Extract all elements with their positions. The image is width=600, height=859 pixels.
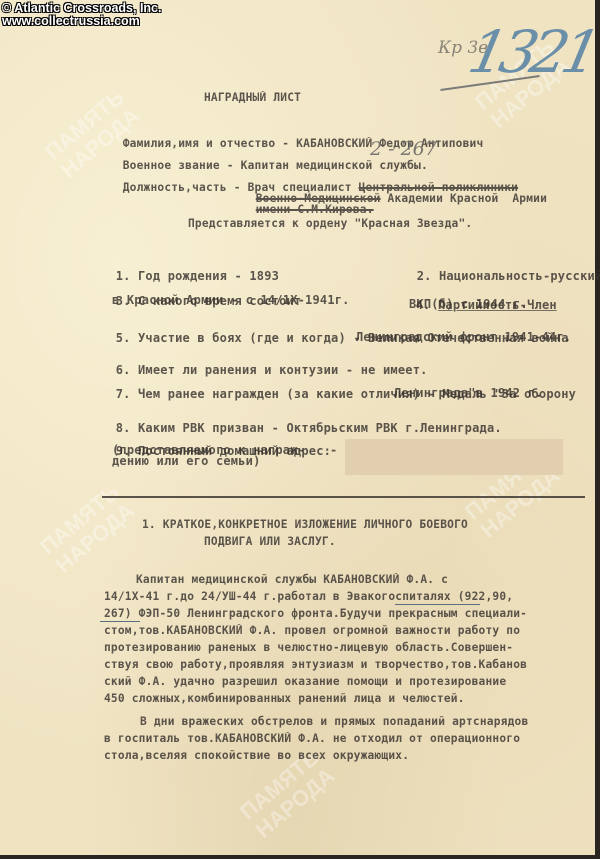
copyright-notice: © Atlantic Crossroads, Inc. www.collectr… — [2, 2, 161, 28]
date-annotation: 2 - 267 — [370, 138, 437, 160]
narrative-line: В дни вражеских обстрелов и прямых попад… — [140, 716, 528, 728]
document-title: НАГРАДНЫЙ ЛИСТ — [204, 92, 301, 104]
redacted-address — [345, 439, 563, 475]
item-5-cont: Ленинградский фронт 1941-44г. — [356, 331, 571, 343]
narrative-line: 450 сложных,комбинированных ранений лица… — [104, 693, 465, 705]
section-heading: 1. КРАТКОЕ,КОНКРЕТНОЕ ИЗЛОЖЕНИЕ ЛИЧНОГО … — [142, 519, 468, 531]
item-7-cont: Ленинграда"в 1942 г. — [394, 387, 543, 399]
position-struck-text: имени С.М.Кирова. — [256, 203, 374, 216]
narrative-line: 14/1Х-41 г.до 24/УШ-44 г.работал в Эвако… — [104, 591, 513, 603]
narrative-line: ствуя свою работу,проявляя энтузиазм и т… — [104, 659, 527, 671]
award-statement: Представляется к ордену "Красная Звезда"… — [188, 218, 472, 230]
item-number: 1. — [116, 269, 131, 283]
section-divider — [102, 496, 585, 498]
item-text: Имеет ли ранения и контузии - не имеет. — [138, 363, 428, 377]
item-9-dash: - — [330, 444, 337, 456]
section-heading-cont: ПОДВИГА ИЛИ ЗАСЛУГ. — [204, 536, 336, 548]
position-value-cont: Академии Красной Армии — [381, 192, 547, 205]
hospital-underline — [395, 604, 480, 605]
narrative-line: Капитан медицинской службы КАБАНОВСКИЙ Ф… — [136, 574, 448, 586]
narrative-line: 267) ФЭП-50 Ленинградского фронта.Будучи… — [104, 608, 527, 620]
item-number: 2. — [417, 269, 432, 283]
item-text: Национальность-русский. — [439, 269, 600, 283]
narrative-line: в госпиталь тов.КАБАНОВСКИЙ Ф.А. не отхо… — [104, 733, 520, 745]
item-4-cont: ВКП(б) с 1944 г. — [409, 298, 528, 310]
narrative-line: стом,тов.КАБАНОВСКИЙ Ф.А. провел огромно… — [104, 625, 520, 637]
hospital-underline — [100, 621, 140, 622]
narrative-line: ский Ф.А. удачно разрешил оказание помощ… — [104, 676, 506, 688]
item-3-cont: в Красной Армии - с 14/1Х-1941г. — [112, 294, 350, 306]
item-9-cont: дению или его семьи) — [112, 455, 261, 467]
narrative-line: протезированию раненых в челюстно-лицеву… — [104, 642, 513, 654]
narrative-line: стола,вселяя спокойствие во всех окружаю… — [104, 750, 409, 762]
watermark-stamp: ПАМЯТЬ НАРОДА — [36, 480, 140, 578]
item-number: 5. — [116, 331, 131, 345]
website-line: www.collectrussia.com — [2, 15, 161, 28]
item-number: 7. — [116, 387, 131, 401]
award-sheet: ПАМЯТЬ НАРОДА ПАМЯТЬ НАРОДА ПАМЯТЬ НАРОД… — [0, 0, 597, 855]
item-number: 6. — [116, 363, 131, 377]
item-text: Год рождения - 1893 — [138, 269, 279, 283]
